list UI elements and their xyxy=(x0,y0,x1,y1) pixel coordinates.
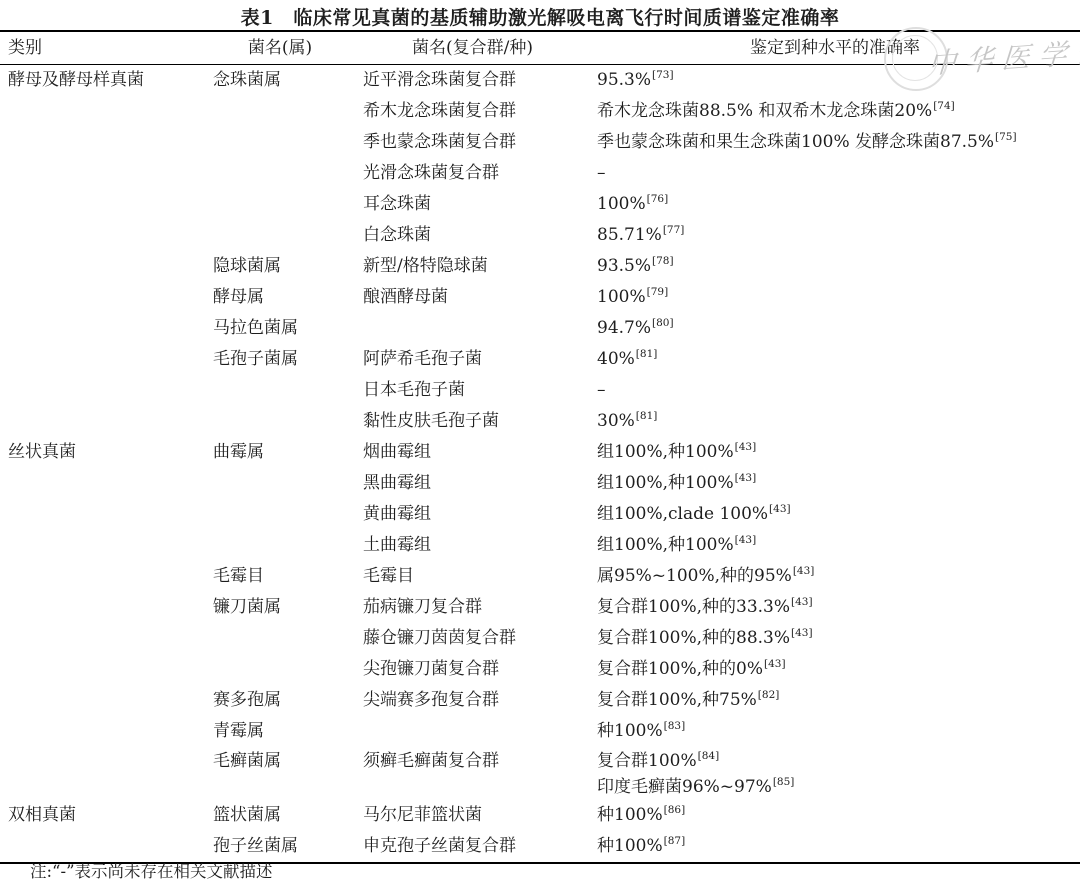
citation-ref: [43] xyxy=(791,627,813,639)
accuracy-value: 印度毛癣菌96%~97%[85] xyxy=(597,774,1080,800)
citation-ref: [76] xyxy=(647,193,669,205)
citation-ref: [85] xyxy=(773,776,795,788)
cell-accuracy: 85.71%[77] xyxy=(590,220,1080,251)
cell-genus: 毛癣菌属 xyxy=(205,748,355,774)
accuracy-value: 季也蒙念珠菌和果生念珠菌100% 发酵念珠菌87.5%[75] xyxy=(597,127,1080,158)
table-row: 日本毛孢子菌– xyxy=(0,375,1080,406)
cell-accuracy: 30%[81] xyxy=(590,406,1080,437)
accuracy-value: 组100%,种100%[43] xyxy=(597,530,1080,561)
accuracy-value: – xyxy=(597,375,1080,406)
cell-genus: 毛孢子菌属 xyxy=(205,344,355,375)
cell-accuracy: 季也蒙念珠菌和果生念珠菌100% 发酵念珠菌87.5%[75] xyxy=(590,127,1080,158)
cell-genus: 镰刀菌属 xyxy=(205,592,355,623)
cell-species: 黏性皮肤毛孢子菌 xyxy=(355,406,590,437)
cell-accuracy: 复合群100%,种的33.3%[43] xyxy=(590,592,1080,623)
table-row: 隐球菌属新型/格特隐球菌93.5%[78] xyxy=(0,251,1080,282)
cell-category: 丝状真菌 xyxy=(0,437,205,468)
cell-category: 酵母及酵母样真菌 xyxy=(0,65,205,96)
cell-accuracy: 93.5%[78] xyxy=(590,251,1080,282)
table-header-row: 类别 菌名(属) 菌名(复合群/种) 鉴定到种水平的准确率 xyxy=(0,32,1080,65)
cell-species: 新型/格特隐球菌 xyxy=(355,251,590,282)
column-header-category: 类别 xyxy=(0,32,205,64)
citation-ref: [43] xyxy=(769,503,791,515)
accuracy-value: 100%[79] xyxy=(597,282,1080,313)
cell-species: 酿酒酵母菌 xyxy=(355,282,590,313)
cell-genus: 酵母属 xyxy=(205,282,355,313)
cell-species: 烟曲霉组 xyxy=(355,437,590,468)
cell-accuracy: 种100%[86] xyxy=(590,800,1080,831)
cell-species: 毛霉目 xyxy=(355,561,590,592)
accuracy-value: 复合群100%,种的0%[43] xyxy=(597,654,1080,685)
table-row: 希木龙念珠菌复合群希木龙念珠菌88.5% 和双希木龙念珠菌20%[74] xyxy=(0,96,1080,127)
table-row: 光滑念珠菌复合群– xyxy=(0,158,1080,189)
accuracy-value: 复合群100%,种75%[82] xyxy=(597,685,1080,716)
cell-accuracy: 种100%[87] xyxy=(590,831,1080,862)
data-table: 类别 菌名(属) 菌名(复合群/种) 鉴定到种水平的准确率 酵母及酵母样真菌念珠… xyxy=(0,30,1080,864)
cell-genus: 篮状菌属 xyxy=(205,800,355,831)
cell-accuracy: 复合群100%,种75%[82] xyxy=(590,685,1080,716)
cell-accuracy: 种100%[83] xyxy=(590,716,1080,747)
accuracy-value: 30%[81] xyxy=(597,406,1080,437)
accuracy-value: 种100%[87] xyxy=(597,831,1080,862)
accuracy-value: – xyxy=(597,158,1080,189)
table-row: 藤仓镰刀茵茵复合群复合群100%,种的88.3%[43] xyxy=(0,623,1080,654)
accuracy-value: 100%[76] xyxy=(597,189,1080,220)
table-row: 酵母及酵母样真菌念珠菌属近平滑念珠菌复合群95.3%[73] xyxy=(0,65,1080,96)
table-title: 表1 临床常见真菌的基质辅助激光解吸电离飞行时间质谱鉴定准确率 xyxy=(0,3,1080,30)
accuracy-value: 属95%~100%,种的95%[43] xyxy=(597,561,1080,592)
accuracy-value: 85.71%[77] xyxy=(597,220,1080,251)
accuracy-value: 95.3%[73] xyxy=(597,65,1080,96)
cell-species: 藤仓镰刀茵茵复合群 xyxy=(355,623,590,654)
cell-accuracy: 希木龙念珠菌88.5% 和双希木龙念珠菌20%[74] xyxy=(590,96,1080,127)
cell-species: 须癣毛癣菌复合群 xyxy=(355,748,590,774)
table-row: 青霉属种100%[83] xyxy=(0,716,1080,747)
cell-species: 日本毛孢子菌 xyxy=(355,375,590,406)
cell-accuracy: 95.3%[73] xyxy=(590,65,1080,96)
citation-ref: [83] xyxy=(664,720,686,732)
cell-species: 马尔尼菲篮状菌 xyxy=(355,800,590,831)
table-row: 赛多孢属尖端赛多孢复合群复合群100%,种75%[82] xyxy=(0,685,1080,716)
accuracy-value: 复合群100%,种的88.3%[43] xyxy=(597,623,1080,654)
table-body: 酵母及酵母样真菌念珠菌属近平滑念珠菌复合群95.3%[73]希木龙念珠菌复合群希… xyxy=(0,65,1080,864)
citation-ref: [80] xyxy=(652,317,674,329)
cell-species: 近平滑念珠菌复合群 xyxy=(355,65,590,96)
cell-genus: 念珠菌属 xyxy=(205,65,355,96)
table-row: 毛霉目毛霉目属95%~100%,种的95%[43] xyxy=(0,561,1080,592)
accuracy-value: 种100%[86] xyxy=(597,800,1080,831)
citation-ref: [73] xyxy=(652,69,674,81)
cell-accuracy: 组100%,clade 100%[43] xyxy=(590,499,1080,530)
citation-ref: [81] xyxy=(636,410,658,422)
table-row: 马拉色菌属94.7%[80] xyxy=(0,313,1080,344)
citation-ref: [43] xyxy=(735,534,757,546)
cell-genus: 马拉色菌属 xyxy=(205,313,355,344)
cell-species: 白念珠菌 xyxy=(355,220,590,251)
citation-ref: [82] xyxy=(758,689,780,701)
citation-ref: [43] xyxy=(793,565,815,577)
accuracy-value: 种100%[83] xyxy=(597,716,1080,747)
table-row: 镰刀菌属茄病镰刀复合群复合群100%,种的33.3%[43] xyxy=(0,592,1080,623)
cell-accuracy: 复合群100%,种的88.3%[43] xyxy=(590,623,1080,654)
accuracy-value: 93.5%[78] xyxy=(597,251,1080,282)
cell-genus: 青霉属 xyxy=(205,716,355,747)
accuracy-value: 40%[81] xyxy=(597,344,1080,375)
cell-accuracy: 100%[76] xyxy=(590,189,1080,220)
cell-accuracy: 94.7%[80] xyxy=(590,313,1080,344)
table-row: 黄曲霉组组100%,clade 100%[43] xyxy=(0,499,1080,530)
table-row: 双相真菌篮状菌属马尔尼菲篮状菌种100%[86] xyxy=(0,800,1080,831)
citation-ref: [43] xyxy=(791,596,813,608)
cell-genus: 隐球菌属 xyxy=(205,251,355,282)
cell-species: 黄曲霉组 xyxy=(355,499,590,530)
table-row: 尖孢镰刀菌复合群复合群100%,种的0%[43] xyxy=(0,654,1080,685)
table-row: 毛孢子菌属阿萨希毛孢子菌40%[81] xyxy=(0,344,1080,375)
accuracy-value: 组100%,clade 100%[43] xyxy=(597,499,1080,530)
cell-accuracy: – xyxy=(590,158,1080,189)
table-footnote: 注:“-”表示尚未存在相关文献描述 xyxy=(30,858,273,881)
citation-ref: [43] xyxy=(764,658,786,670)
cell-accuracy: 组100%,种100%[43] xyxy=(590,437,1080,468)
citation-ref: [43] xyxy=(735,441,757,453)
cell-accuracy: 组100%,种100%[43] xyxy=(590,468,1080,499)
table-row: 季也蒙念珠菌复合群季也蒙念珠菌和果生念珠菌100% 发酵念珠菌87.5%[75] xyxy=(0,127,1080,158)
column-header-genus: 菌名(属) xyxy=(205,32,355,64)
cell-species: 申克孢子丝菌复合群 xyxy=(355,831,590,862)
cell-accuracy: 组100%,种100%[43] xyxy=(590,530,1080,561)
table-row: 丝状真菌曲霉属烟曲霉组组100%,种100%[43] xyxy=(0,437,1080,468)
cell-genus: 曲霉属 xyxy=(205,437,355,468)
cell-species: 希木龙念珠菌复合群 xyxy=(355,96,590,127)
table-row: 黏性皮肤毛孢子菌30%[81] xyxy=(0,406,1080,437)
citation-ref: [86] xyxy=(664,804,686,816)
cell-category: 双相真菌 xyxy=(0,800,205,831)
cell-genus: 毛霉目 xyxy=(205,561,355,592)
cell-accuracy: 40%[81] xyxy=(590,344,1080,375)
accuracy-value: 组100%,种100%[43] xyxy=(597,468,1080,499)
cell-species: 尖端赛多孢复合群 xyxy=(355,685,590,716)
cell-accuracy: – xyxy=(590,375,1080,406)
citation-ref: [84] xyxy=(698,750,720,762)
table-row: 黑曲霉组组100%,种100%[43] xyxy=(0,468,1080,499)
cell-species: 尖孢镰刀菌复合群 xyxy=(355,654,590,685)
citation-ref: [75] xyxy=(995,131,1017,143)
cell-accuracy: 复合群100%[84]印度毛癣菌96%~97%[85] xyxy=(590,748,1080,800)
cell-species: 季也蒙念珠菌复合群 xyxy=(355,127,590,158)
column-header-species: 菌名(复合群/种) xyxy=(355,32,590,64)
cell-species: 茄病镰刀复合群 xyxy=(355,592,590,623)
citation-ref: [81] xyxy=(636,348,658,360)
accuracy-value: 希木龙念珠菌88.5% 和双希木龙念珠菌20%[74] xyxy=(597,96,1080,127)
accuracy-value: 组100%,种100%[43] xyxy=(597,437,1080,468)
table-row: 酵母属酿酒酵母菌100%[79] xyxy=(0,282,1080,313)
table-row: 白念珠菌85.71%[77] xyxy=(0,220,1080,251)
table-row: 毛癣菌属须癣毛癣菌复合群复合群100%[84]印度毛癣菌96%~97%[85] xyxy=(0,747,1080,800)
cell-accuracy: 属95%~100%,种的95%[43] xyxy=(590,561,1080,592)
accuracy-value: 复合群100%,种的33.3%[43] xyxy=(597,592,1080,623)
cell-species: 耳念珠菌 xyxy=(355,189,590,220)
citation-ref: [77] xyxy=(663,224,685,236)
citation-ref: [43] xyxy=(735,472,757,484)
cell-species: 阿萨希毛孢子菌 xyxy=(355,344,590,375)
table-row: 耳念珠菌100%[76] xyxy=(0,189,1080,220)
accuracy-value: 94.7%[80] xyxy=(597,313,1080,344)
citation-ref: [79] xyxy=(647,286,669,298)
citation-ref: [78] xyxy=(652,255,674,267)
cell-accuracy: 复合群100%,种的0%[43] xyxy=(590,654,1080,685)
column-header-accuracy: 鉴定到种水平的准确率 xyxy=(590,32,1080,64)
cell-species: 黑曲霉组 xyxy=(355,468,590,499)
cell-genus: 赛多孢属 xyxy=(205,685,355,716)
accuracy-value: 复合群100%[84] xyxy=(597,748,1080,774)
cell-species: 光滑念珠菌复合群 xyxy=(355,158,590,189)
citation-ref: [74] xyxy=(933,100,955,112)
citation-ref: [87] xyxy=(664,835,686,847)
cell-species: 土曲霉组 xyxy=(355,530,590,561)
table-row: 土曲霉组组100%,种100%[43] xyxy=(0,530,1080,561)
document-page: 表1 临床常见真菌的基质辅助激光解吸电离飞行时间质谱鉴定准确率 中华医学会 类别… xyxy=(0,0,1080,881)
cell-accuracy: 100%[79] xyxy=(590,282,1080,313)
